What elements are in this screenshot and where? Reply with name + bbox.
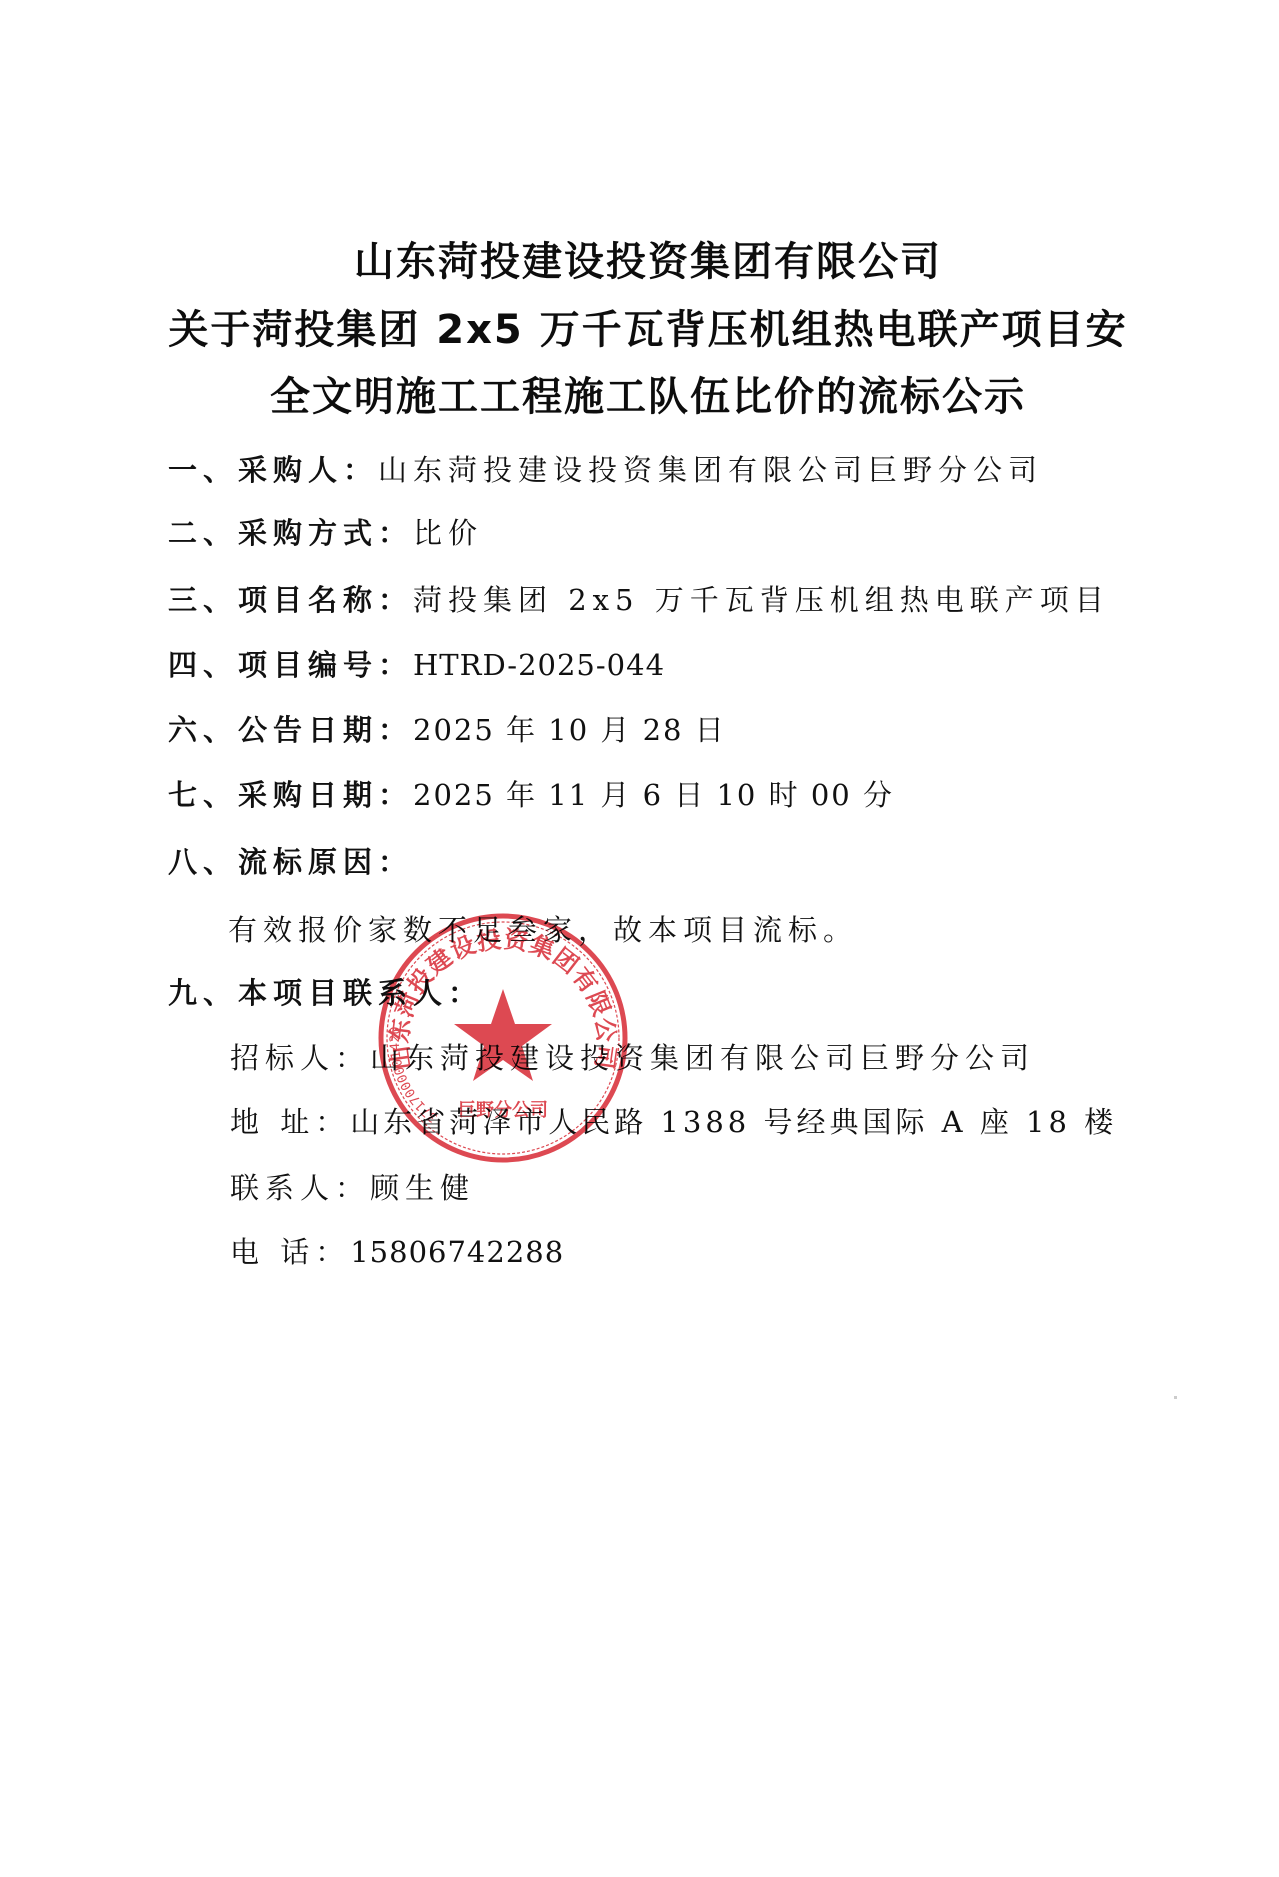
phone-label: 电 话： — [230, 1235, 350, 1269]
project-name-row: 三、项目名称：菏投集团 2x5 万千瓦背压机组热电联产项目 — [168, 580, 1110, 620]
title-line-2: 关于菏投集团 2x5 万千瓦背压机组热电联产项目安 — [0, 306, 1279, 354]
address-label: 地 址： — [230, 1105, 350, 1139]
contact-person-label: 联系人： — [230, 1171, 370, 1205]
svg-text:3717000001420: 3717000001420 — [388, 1026, 441, 1125]
announcement-date-label: 六、公告日期： — [168, 713, 413, 747]
procurement-method-label: 二、采购方式： — [168, 516, 413, 550]
contact-person-row: 联系人：顾生健 — [230, 1168, 475, 1208]
failure-reason-row: 八、流标原因： — [168, 842, 413, 882]
purchaser-label: 一、采购人： — [168, 453, 378, 487]
title-line-1: 山东菏投建设投资集团有限公司 — [0, 238, 1279, 286]
phone-value: 15806742288 — [350, 1235, 564, 1269]
purchaser-row: 一、采购人：山东菏投建设投资集团有限公司巨野分公司 — [168, 450, 1043, 490]
scan-speck — [1174, 1396, 1177, 1399]
project-name-label: 三、项目名称： — [168, 583, 413, 617]
contact-person-value: 顾生健 — [370, 1171, 475, 1205]
project-name-value: 菏投集团 2x5 万千瓦背压机组热电联产项目 — [413, 583, 1110, 617]
stamp-code-text: 3717000001420 — [388, 1026, 441, 1125]
official-seal-stamp: 山东菏投建设投资集团有限公司 3717000001420 巨野分公司 — [376, 911, 630, 1165]
star-icon — [454, 989, 552, 1081]
phone-row: 电 话：15806742288 — [230, 1232, 564, 1272]
failure-reason-label: 八、流标原因： — [168, 845, 413, 879]
tenderer-row: 招标人：山东菏投建设投资集团有限公司巨野分公司 — [230, 1038, 1035, 1078]
project-number-value: HTRD-2025-044 — [413, 648, 665, 682]
tenderer-label: 招标人： — [230, 1041, 370, 1075]
procurement-method-row: 二、采购方式：比价 — [168, 513, 483, 553]
procurement-date-row: 七、采购日期：2025 年 11 月 6 日 10 时 00 分 — [168, 775, 894, 815]
announcement-date-row: 六、公告日期：2025 年 10 月 28 日 — [168, 710, 726, 750]
procurement-date-value: 2025 年 11 月 6 日 10 时 00 分 — [413, 778, 894, 812]
stamp-bottom-text: 巨野分公司 — [458, 1099, 548, 1121]
procurement-date-label: 七、采购日期： — [168, 778, 413, 812]
announcement-date-value: 2025 年 10 月 28 日 — [413, 713, 726, 747]
address-row: 地 址：山东省菏泽市人民路 1388 号经典国际 A 座 18 楼 — [230, 1102, 1117, 1142]
procurement-method-value: 比价 — [413, 516, 483, 550]
purchaser-value: 山东菏投建设投资集团有限公司巨野分公司 — [378, 453, 1043, 487]
project-number-label: 四、项目编号： — [168, 648, 413, 682]
title-line-3: 全文明施工工程施工队伍比价的流标公示 — [0, 373, 1279, 421]
project-number-row: 四、项目编号：HTRD-2025-044 — [168, 645, 665, 685]
